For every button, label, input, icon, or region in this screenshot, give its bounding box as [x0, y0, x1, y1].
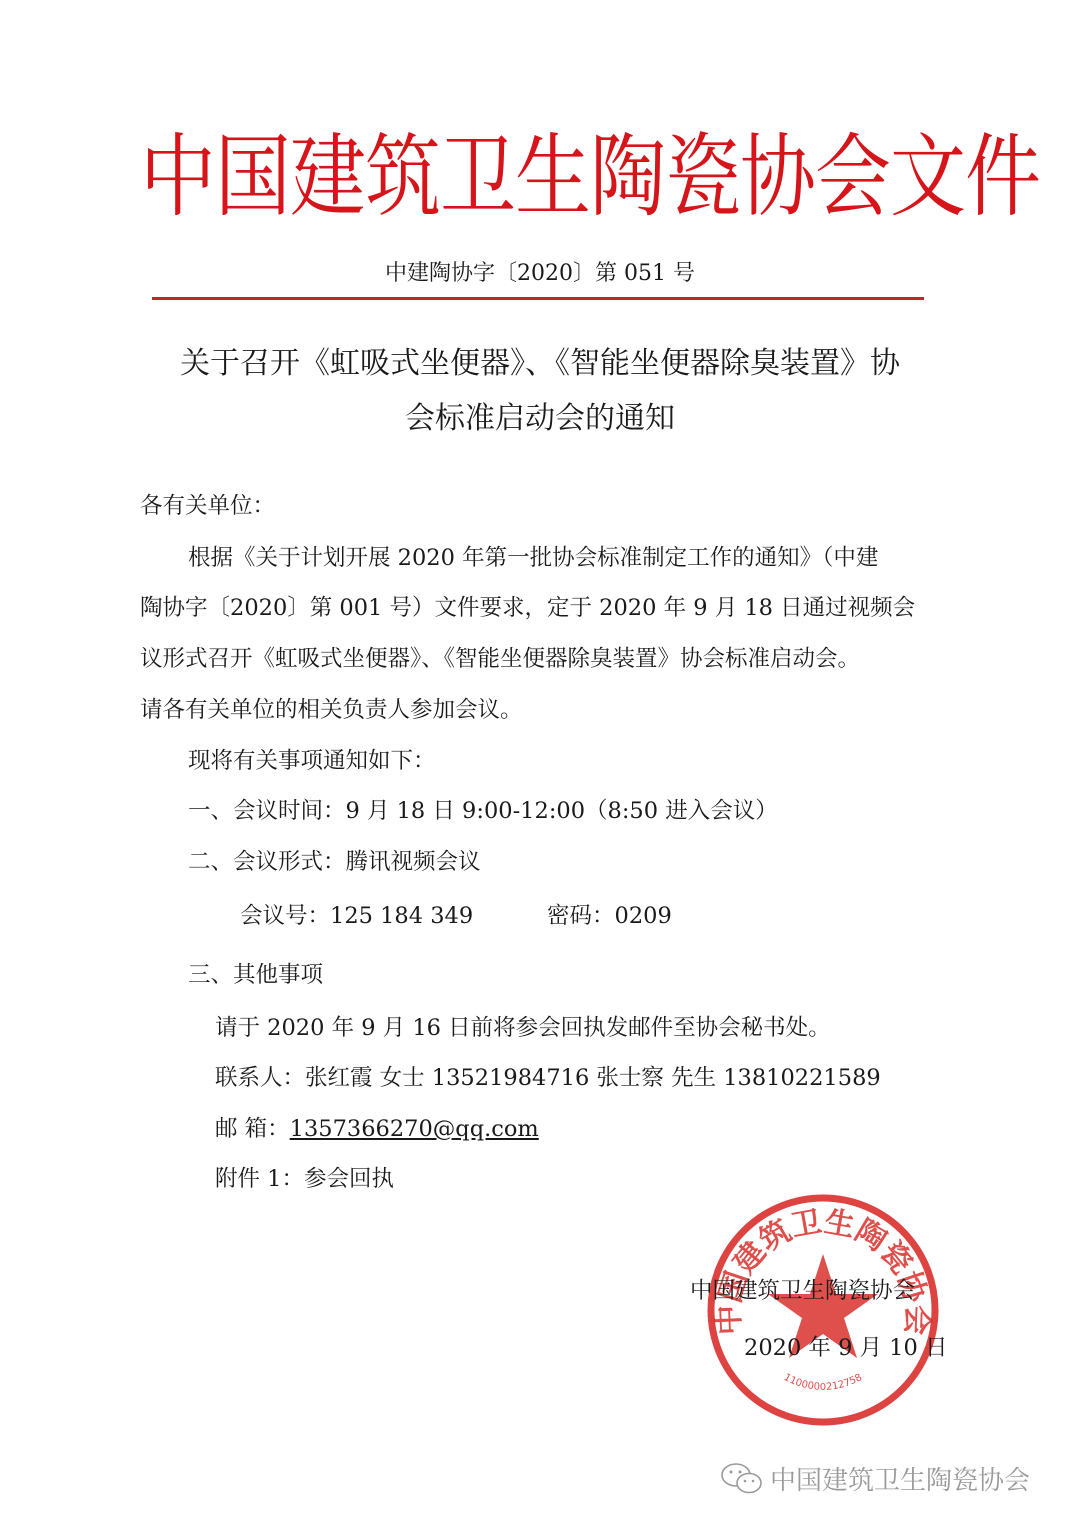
paragraph-line: 请各有关单位的相关负责人参加会议。 — [140, 692, 523, 724]
attachment-text: 附件 1：参会回执 — [215, 1161, 394, 1193]
watermark-text: 中国建筑卫生陶瓷协会 — [770, 1460, 1030, 1497]
paragraph-line: 议形式召开《虹吸式坐便器》、《智能坐便器除臭装置》协会标准启动会。 — [140, 641, 860, 673]
official-seal-icon: 中国建筑卫生陶瓷协会 1100000212758 — [705, 1192, 941, 1428]
signature-date: 2020 年 9 月 10 日 — [744, 1330, 947, 1362]
wechat-icon — [720, 1462, 764, 1496]
wechat-watermark: 中国建筑卫生陶瓷协会 — [720, 1460, 1030, 1497]
svg-text:1100000212758: 1100000212758 — [782, 1372, 864, 1393]
salutation: 各有关单位： — [140, 488, 275, 520]
email-row: 邮 箱：1357366270@qq.com — [215, 1111, 539, 1143]
meeting-id: 会议号：125 184 349 — [240, 898, 473, 930]
notice-title-line-2: 会标准启动会的通知 — [100, 393, 980, 437]
signature-org: 中国建筑卫生陶瓷协会 — [690, 1273, 915, 1305]
item-other-matters: 三、其他事项 — [188, 957, 323, 989]
intro-text: 现将有关事项通知如下： — [188, 743, 436, 775]
document-number: 中建陶协字〔2020〕第 051 号 — [0, 256, 1080, 287]
email-label: 邮 箱： — [215, 1116, 290, 1142]
item-meeting-time: 一、会议时间：9 月 18 日 9:00-12:00（8:50 进入会议） — [188, 793, 778, 825]
document-page: 中国建筑卫生陶瓷协会文件 中建陶协字〔2020〕第 051 号 关于召开《虹吸式… — [0, 0, 1080, 1527]
email-link[interactable]: 1357366270@qq.com — [290, 1116, 539, 1142]
paragraph-line: 根据《关于计划开展 2020 年第一批协会标准制定工作的通知》（中建 — [188, 540, 878, 572]
deadline-text: 请于 2020 年 9 月 16 日前将参会回执发邮件至协会秘书处。 — [215, 1010, 831, 1042]
paragraph-line: 陶协字〔2020〕第 001 号）文件要求，定于 2020 年 9 月 18 日… — [140, 590, 915, 622]
contacts-text: 联系人：张红霞 女士 13521984716 张士察 先生 1381022158… — [215, 1060, 881, 1092]
red-divider — [152, 297, 924, 300]
meeting-password: 密码：0209 — [547, 898, 672, 930]
item-meeting-format: 二、会议形式：腾讯视频会议 — [188, 844, 481, 876]
notice-title-line-1: 关于召开《虹吸式坐便器》、《智能坐便器除臭装置》协 — [100, 338, 980, 382]
masthead-title: 中国建筑卫生陶瓷协会文件 — [140, 118, 940, 236]
